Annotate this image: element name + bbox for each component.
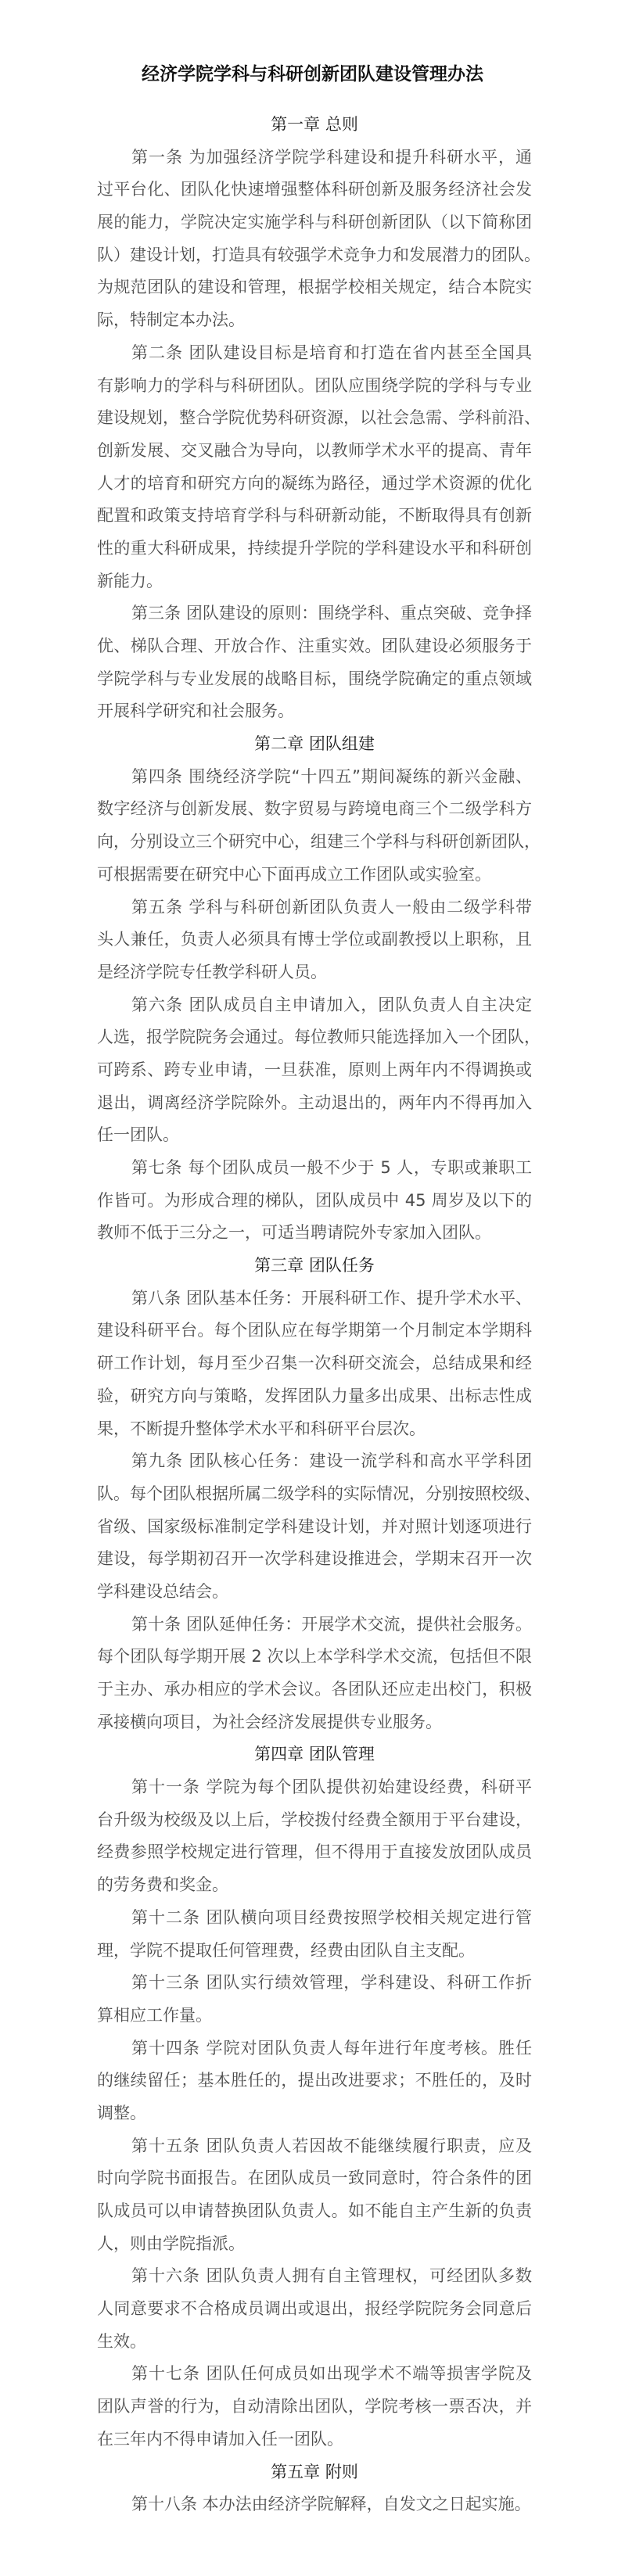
article-paragraph: 第二条 团队建设目标是培育和打造在省内甚至全国具有影响力的学科与科研团队。团队应… — [97, 337, 532, 598]
text-line: 人才的培育和研究方向的凝练为路径，通过学术资源的优化 — [97, 468, 532, 500]
text-line: 人选，报学院院务会通过。每位教师只能选择加入一个团队， — [97, 1021, 532, 1054]
text-line: 展的能力，学院决定实施学科与科研创新团队（以下简称团 — [97, 206, 532, 239]
text-line: 的劳务费和奖金。 — [97, 1869, 532, 1902]
text-line: 新能力。 — [97, 565, 532, 598]
article-paragraph: 第十四条 学院对团队负责人每年进行年度考核。胜任的继续留任；基本胜任的，提出改进… — [97, 2032, 532, 2130]
text-line: 第六条 团队成员自主申请加入，团队负责人自主决定 — [97, 989, 532, 1022]
text-line: 第十七条 团队任何成员如出现学术不端等损害学院及 — [97, 2358, 532, 2391]
chapter-heading: 第五章 附则 — [97, 2456, 532, 2489]
text-line: 优、梯队合理、开放合作、注重实效。团队建设必须服务于 — [97, 630, 532, 663]
text-line: 生效。 — [97, 2326, 532, 2359]
text-line: 数字经济与创新发展、数字贸易与跨境电商三个二级学科方 — [97, 793, 532, 826]
text-line: 第十条 团队延伸任务：开展学术交流，提供社会服务。 — [97, 1609, 532, 1641]
text-line: 际，特制定本办法。 — [97, 304, 532, 337]
text-line: 台升级为校级及以上后，学校拨付经费全额用于平台建设， — [97, 1804, 532, 1837]
text-line: 开展科学研究和社会服务。 — [97, 695, 532, 728]
text-line: 有影响力的学科与科研团队。团队应围绕学院的学科与专业 — [97, 370, 532, 403]
article-paragraph: 第十条 团队延伸任务：开展学术交流，提供社会服务。每个团队每学期开展 2 次以上… — [97, 1609, 532, 1739]
text-line: 团队声誉的行为，自动清除出团队，学院考核一票否决，并 — [97, 2391, 532, 2424]
text-line: 第一条 为加强经济学院学科建设和提升科研水平，通 — [97, 142, 532, 174]
text-line: 第七条 每个团队成员一般不少于 5 人，专职或兼职工 — [97, 1152, 532, 1185]
text-line: 向，分别设立三个研究中心，组建三个学科与科研创新团队， — [97, 826, 532, 859]
text-line: 退出，调离经济学院除外。主动退出的，两年内不得再加入 — [97, 1087, 532, 1120]
article-paragraph: 第十三条 团队实行绩效管理，学科建设、科研工作折算相应工作量。 — [97, 1967, 532, 2032]
text-line: 队成员可以申请替换团队负责人。如不能自主产生新的负责 — [97, 2195, 532, 2228]
article-paragraph: 第一条 为加强经济学院学科建设和提升科研水平，通过平台化、团队化快速增强整体科研… — [97, 142, 532, 337]
article-paragraph: 第三条 团队建设的原则：围绕学科、重点突破、竞争择优、梯队合理、开放合作、注重实… — [97, 597, 532, 728]
text-line: 学科建设总结会。 — [97, 1576, 532, 1609]
text-line: 第三条 团队建设的原则：围绕学科、重点突破、竞争择 — [97, 597, 532, 630]
text-line: 理，学院不提取任何管理费，经费由团队自主支配。 — [97, 1935, 532, 1968]
article-paragraph: 第七条 每个团队成员一般不少于 5 人，专职或兼职工作皆可。为形成合理的梯队，团… — [97, 1152, 532, 1250]
chapter-heading: 第二章 团队组建 — [97, 728, 532, 761]
chapter-heading: 第三章 团队任务 — [97, 1250, 532, 1283]
text-line: 建设科研平台。每个团队应在每学期第一个月制定本学期科 — [97, 1315, 532, 1347]
text-line: 是经济学院专任教学科研人员。 — [97, 956, 532, 989]
text-line: 为规范团队的建设和管理，根据学校相关规定，结合本院实 — [97, 271, 532, 304]
article-paragraph: 第四条 围绕经济学院“十四五”期间凝练的新兴金融、数字经济与创新发展、数字贸易与… — [97, 761, 532, 892]
article-paragraph: 第十一条 学院为每个团队提供初始建设经费，科研平台升级为校级及以上后，学校拨付经… — [97, 1771, 532, 1902]
text-line: 第十六条 团队负责人拥有自主管理权，可经团队多数 — [97, 2260, 532, 2293]
text-line: 第五条 学科与科研创新团队负责人一般由二级学科带 — [97, 892, 532, 924]
text-line: 调整。 — [97, 2097, 532, 2130]
text-line: 时向学院书面报告。在团队成员一致同意时，符合条件的团 — [97, 2162, 532, 2195]
article-paragraph: 第八条 团队基本任务：开展科研工作、提升学术水平、建设科研平台。每个团队应在每学… — [97, 1283, 532, 1445]
text-line: 于主办、承办相应的学术会议。各团队还应走出校门，积极 — [97, 1674, 532, 1706]
text-line: 配置和政策支持培育学科与科研新动能，不断取得具有创新 — [97, 500, 532, 533]
article-paragraph: 第十五条 团队负责人若因故不能继续履行职责，应及时向学院书面报告。在团队成员一致… — [97, 2130, 532, 2261]
text-line: 在三年内不得申请加入任一团队。 — [97, 2424, 532, 2456]
text-line: 第十一条 学院为每个团队提供初始建设经费，科研平 — [97, 1771, 532, 1804]
text-line: 每个团队每学期开展 2 次以上本学科学术交流，包括但不限 — [97, 1641, 532, 1674]
text-line: 可跨系、跨专业申请，一旦获准，原则上两年内不得调换或 — [97, 1054, 532, 1087]
text-line: 队）建设计划，打造具有较强学术竞争力和发展潜力的团队。 — [97, 239, 532, 272]
article-paragraph: 第五条 学科与科研创新团队负责人一般由二级学科带头人兼任，负责人必须具有博士学位… — [97, 892, 532, 989]
document-page: 经济学院学科与科研创新团队建设管理办法 第一章 总则第一条 为加强经济学院学科建… — [0, 0, 625, 2576]
text-line: 省级、国家级标准制定学科建设计划，并对照计划逐项进行 — [97, 1511, 532, 1544]
text-line: 任一团队。 — [97, 1119, 532, 1152]
article-paragraph: 第十二条 团队横向项目经费按照学校相关规定进行管理，学院不提取任何管理费，经费由… — [97, 1902, 532, 1967]
text-line: 第八条 团队基本任务：开展科研工作、提升学术水平、 — [97, 1283, 532, 1315]
document-title: 经济学院学科与科研创新团队建设管理办法 — [0, 58, 625, 91]
text-line: 第十五条 团队负责人若因故不能继续履行职责，应及 — [97, 2130, 532, 2163]
text-line: 人，则由学院指派。 — [97, 2228, 532, 2261]
text-line: 承接横向项目，为社会经济发展提供专业服务。 — [97, 1706, 532, 1739]
text-line: 第十四条 学院对团队负责人每年进行年度考核。胜任 — [97, 2032, 532, 2065]
text-line: 学院学科与专业发展的战略目标，围绕学院确定的重点领域 — [97, 663, 532, 696]
text-line: 作皆可。为形成合理的梯队，团队成员中 45 周岁及以下的 — [97, 1185, 532, 1218]
text-line: 创新发展、交叉融合为导向，以教师学术水平的提高、青年 — [97, 435, 532, 468]
text-line: 第四条 围绕经济学院“十四五”期间凝练的新兴金融、 — [97, 761, 532, 794]
text-line: 经费参照学校规定进行管理，但不得用于直接发放团队成员 — [97, 1836, 532, 1869]
text-line: 队。每个团队根据所属二级学科的实际情况，分别按照校级、 — [97, 1478, 532, 1511]
article-paragraph: 第九条 团队核心任务：建设一流学科和高水平学科团队。每个团队根据所属二级学科的实… — [97, 1445, 532, 1608]
article-paragraph: 第十六条 团队负责人拥有自主管理权，可经团队多数人同意要求不合格成员调出或退出，… — [97, 2260, 532, 2358]
text-line: 人同意要求不合格成员调出或退出，报经学院院务会同意后 — [97, 2293, 532, 2326]
chapter-heading: 第四章 团队管理 — [97, 1738, 532, 1771]
text-line: 的继续留任；基本胜任的，提出改进要求；不胜任的，及时 — [97, 2065, 532, 2097]
text-line: 验，研究方向与策略，发挥团队力量多出成果、出标志性成 — [97, 1380, 532, 1413]
text-line: 可根据需要在研究中心下面再成立工作团队或实验室。 — [97, 859, 532, 892]
text-line: 建设，每学期初召开一次学科建设推进会，学期末召开一次 — [97, 1543, 532, 1576]
text-line: 研工作计划，每月至少召集一次科研交流会，总结成果和经 — [97, 1347, 532, 1380]
text-line: 第十八条 本办法由经济学院解释，自发文之日起实施。 — [97, 2488, 532, 2521]
text-line: 算相应工作量。 — [97, 2000, 532, 2032]
text-line: 过平台化、团队化快速增强整体科研创新及服务经济社会发 — [97, 174, 532, 206]
text-line: 第二条 团队建设目标是培育和打造在省内甚至全国具 — [97, 337, 532, 370]
article-paragraph: 第六条 团队成员自主申请加入，团队负责人自主决定人选，报学院院务会通过。每位教师… — [97, 989, 532, 1152]
chapter-heading: 第一章 总则 — [97, 109, 532, 142]
text-line: 第十二条 团队横向项目经费按照学校相关规定进行管 — [97, 1902, 532, 1935]
article-paragraph: 第十七条 团队任何成员如出现学术不端等损害学院及团队声誉的行为，自动清除出团队，… — [97, 2358, 532, 2456]
text-line: 性的重大科研成果，持续提升学院的学科建设水平和科研创 — [97, 533, 532, 565]
text-line: 第十三条 团队实行绩效管理，学科建设、科研工作折 — [97, 1967, 532, 2000]
text-line: 果，不断提升整体学术水平和科研平台层次。 — [97, 1413, 532, 1446]
text-line: 第九条 团队核心任务：建设一流学科和高水平学科团 — [97, 1445, 532, 1478]
document-body: 第一章 总则第一条 为加强经济学院学科建设和提升科研水平，通过平台化、团队化快速… — [97, 109, 532, 2521]
text-line: 教师不低于三分之一，可适当聘请院外专家加入团队。 — [97, 1217, 532, 1250]
text-line: 头人兼任，负责人必须具有博士学位或副教授以上职称，且 — [97, 924, 532, 956]
text-line: 建设规划，整合学院优势科研资源，以社会急需、学科前沿、 — [97, 402, 532, 435]
article-paragraph: 第十八条 本办法由经济学院解释，自发文之日起实施。 — [97, 2488, 532, 2521]
